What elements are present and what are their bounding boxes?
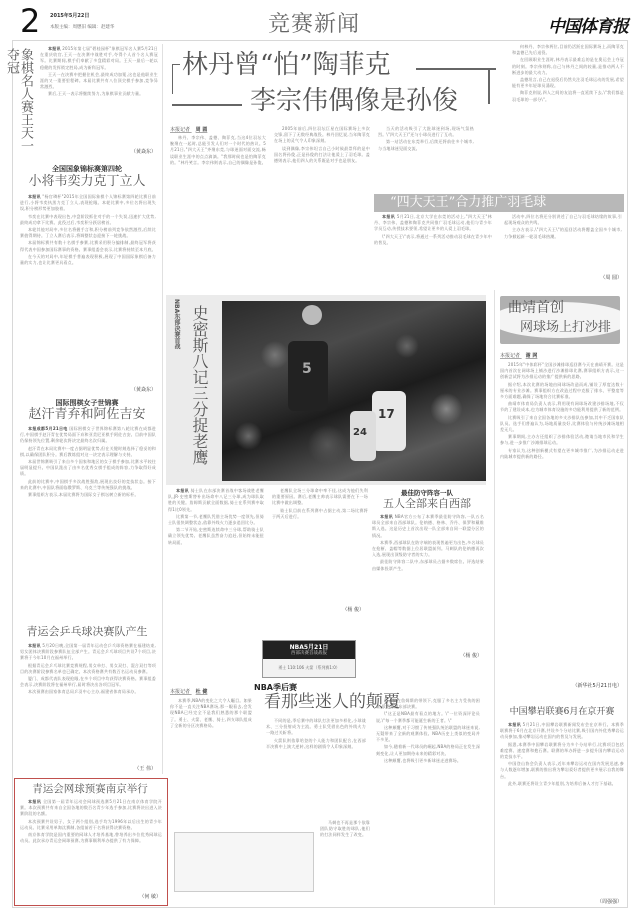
masthead-logo: 中国体育报 [548,12,628,37]
article-body: 本报讯 2015年第七届"碧桂园杯"象棋冠军名人赛5月21日在重庆收官,王天一在… [40,46,158,144]
article-women-weiqi: 国际围棋女子世锦赛 赵汗青弃和阿佐吉安 本报成都5月21日电 国际围棋女子世界锦… [16,398,158,613]
banner-four-kings: “四大天王”合力推广羽毛球 [374,194,624,212]
article-kicker: 全国国象锦标赛第四轮 [16,164,158,174]
article-all-defense: 最佳防守阵容一队 五人全部来自西部 本报讯 NBA官方公布了本赛季最佳防守阵容,… [370,488,484,658]
article-xiangqi: 象棋名人赛王天一夺冠 本报讯 2015年第七届"碧桂园杯"象棋冠军名人赛5月21… [16,44,158,156]
article-body: 本报讯 "杨官璘杯"2015年全国国际象棋个人锦标赛第四轮比赛日前进行,小将韦奕… [20,194,156,384]
article-signature: （杨 俊） [342,606,364,613]
feature-vertical-title: 史密斯八记三分捉老鹰 [188,305,208,465]
headline-bracket-right [488,68,490,104]
article-signature: （周强强） [597,898,622,905]
article-signature: （周 圆） [600,274,622,281]
jersey-number-5: 5 [302,361,312,377]
article-body-col-2: 不同的是,季后赛中的球队打法更加多样化,小球战术、三分投射成为主流。勇士队凭借出… [266,718,366,818]
article-youth-tennis: 青运会网球预赛南京举行 本报讯 全国第一届青年运动会网球预选赛5月21日在南京体… [14,778,168,906]
nba-scores-box: NBA5月21日 西部决赛首战战报 勇士 110:106 火箭（系列赛1:0） [262,640,356,678]
article-guoxiang: 全国国象锦标赛第四轮 小将韦奕力克丁立人 本报讯 "杨官璘杯"2015年全国国际… [16,164,158,394]
article-body-col-1: 本报讯 5月21日,北京大学在东莞的活动上,"四大天王"林丹、李宗伟、盖德和陶菲… [374,214,492,284]
article-signature: （黄焱东） [131,148,156,155]
article-lindan-continued: 何林丹、李宗伟两位,目前仍活跃在国际赛场上,而陶菲克和盖德已先后退役。 在回顾职… [512,44,624,194]
article-title: 五人全部来自西部 [370,497,484,511]
article-body-col-2: 老鹰队全场三分球命中率不佳,这成为他们失利的重要原因。赛后,老鹰主帅表示球队需要… [272,488,368,588]
article-nba-playoffs: 本报记者 杜 健 NBA季后赛 看那些迷人的颠覆 本赛季,NBA的变化之大令人瞩… [166,680,484,908]
jersey-number-24: 24 [353,427,367,438]
player-white-jersey [372,391,406,451]
article-signature: （王 伟） [134,765,156,772]
article-signature: （杨 俊） [460,652,482,659]
article-body-col-2: 2005年前后,四位羽坛巨星在国际赛场上多次交锋,留下了无数经典战役。林丹回忆说… [274,126,370,230]
headline-beach-volleyball: 曲靖首创 网球场上打沙排 [500,296,620,344]
headline-line-1: 曲靖首创 [508,300,564,316]
nba-feature-block: NBA东部决赛首战 史密斯八记三分捉老鹰 5 17 24 [166,295,486,485]
article-body: 2015年"中体彩杯"全国沙滩排球巡回赛今天在曲靖开赛。这是国内首次在网球场上铺… [500,362,624,680]
article-body: 本报讯 NBA官方公布了本赛季最佳防守阵容,一队五名球员全部来自西部球队。伦纳德… [372,514,484,652]
basketball-icon [302,305,322,325]
article-youth-tabletennis: 青运会乒乓球决赛队产生 本报讯 5月20日晚,全国第一届青年运动会乒乓球资格赛在… [16,625,158,775]
article-vertical-title: 象棋名人赛王天一夺冠 [18,48,32,156]
column-divider [162,44,163,774]
article-body-col-2b: 马刺也不再是那个依靠团队防守取胜的球队,他们的打法同样发生了改变。 [320,820,370,900]
editors-line: 本版主编：周懋旧 编辑：赵建华 [50,24,114,30]
article-body-col-1: 林丹、李宗伟、盖德、陶菲克,当这4位羽坛大腕聚在一起时,总能引发人们对一个时代的… [170,135,266,230]
headline-lindan: 林丹曾“怕”陶菲克 李宗伟偶像是孙俊 [166,44,496,124]
article-byline: 本报记者 谢 网 [500,352,537,359]
article-kicker: 最佳防守阵容一队 [370,488,484,497]
article-beach-volleyball: 本报记者 谢 网 2015年"中体彩杯"全国沙滩排球巡回赛今天在曲靖开赛。这是国… [500,352,624,692]
nba-game-photo: 5 17 24 [222,301,486,481]
headline-bracket-top [172,64,180,94]
headline-line-1: 林丹曾“怕”陶菲克 [182,50,391,80]
issue-date: 2015年5月22日 [50,12,89,19]
nba-scores-result: 勇士 110:106 火箭（系列赛1:0） [265,665,353,671]
article-signature: （黄焱东） [131,386,156,393]
article-byline: 本报记者 周 圆 [170,126,207,133]
intro-label: 本报讯 [48,46,61,51]
column-divider-right [494,290,495,905]
nba-scores-subtitle: 西部决赛首战战报 [263,650,355,656]
banner-text: “四大天王”合力推广羽毛球 [390,195,546,211]
article-title: 中国攀岩联赛6月在京开赛 [500,706,624,718]
feature-vertical-kicker: NBA东部决赛首战 [170,299,180,349]
article-four-kings: 本报讯 5月21日,北京大学在东莞的活动上,"四大天王"林丹、李宗伟、盖德和陶菲… [374,214,624,294]
headline-rule-right [416,68,496,70]
article-nba-smith: 本报讯 骑士队在东部决赛首战中客场战胜老鹰队,JR·史密斯替补出场命中八记三分球… [168,488,368,653]
headline-rule-left [172,104,242,106]
empty-image-placeholder [174,832,314,892]
article-signature: （新华社5月21日电） [572,682,622,689]
page-number: 2 [20,4,40,38]
article-body-col-1: 本赛季,NBA的变化之大令人瞩目。如果你不是一直关注NBA赛场,那一眼看去,会发… [170,698,252,818]
headline-line-2: 李宗伟偶像是孙俊 [250,86,458,116]
page-header: 2 2015年5月22日 本版主编：周懋旧 编辑：赵建华 竞赛新闻 中国体育报 [0,0,640,42]
jersey-number-17: 17 [378,407,395,421]
nba-scores-header: NBA5月21日 西部决赛首战战报 [263,641,355,659]
article-title: 青运会乒乓球决赛队产生 [16,625,158,639]
article-title: 赵汗青弃和阿佐吉安 [16,407,158,423]
article-body: 本报讯 5月21日,中国攀岩联赛新闻发布会在京举行。本赛季联赛将于6月在北京开赛… [500,722,624,898]
section-title: 竞赛新闻 [268,12,360,38]
article-body-col-1: 本报讯 骑士队在东部决赛首战中客场战胜老鹰队,JR·史密斯替补出场命中八记三分球… [168,488,264,653]
article-title: 小将韦奕力克丁立人 [16,174,158,190]
article-body-col-3: 当天的活动吸引了大批球迷到场,现场气氛热烈。\"四大天王\"还与小球员进行了互动… [378,126,474,186]
article-signature: （何 敏） [139,893,161,900]
article-body: 何林丹、李宗伟两位,目前仍活跃在国际赛场上,而陶菲克和盖德已先后退役。 在回顾职… [512,44,624,192]
article-body: 本报讯 5月20日晚,全国第一届青年运动会乒乓球资格赛在福建结束,男女团体决赛阶… [20,643,156,773]
article-byline: 本报记者 杜 健 [170,688,207,695]
article-body-col-2: 活动中,四位名将还分别讲述了自己与羽毛球结缘的故事,引起现场观众的共鸣。 主办方… [504,214,622,272]
article-climbing: 中国攀岩联赛6月在京开赛 本报讯 5月21日,中国攀岩联赛新闻发布会在京举行。本… [500,706,624,906]
article-body: 本报讯 全国第一届青年运动会网球预选赛5月21日在南京体育学院开赛。本次预赛共有… [20,799,162,895]
headline-line-2: 网球场上打沙排 [520,320,611,336]
article-title: 青运会网球预赛南京举行 [15,783,165,796]
article-body-col-3: 骑士队在詹姆斯的带领下,克服了多名主力受伤的困难,依然打进东部决赛。 \"这正是… [376,698,480,898]
article-body: 本报成都5月21日电 国际围棋女子世界锦标赛第八轮比赛在成都进行,中国棋手赵汗青… [20,426,156,611]
